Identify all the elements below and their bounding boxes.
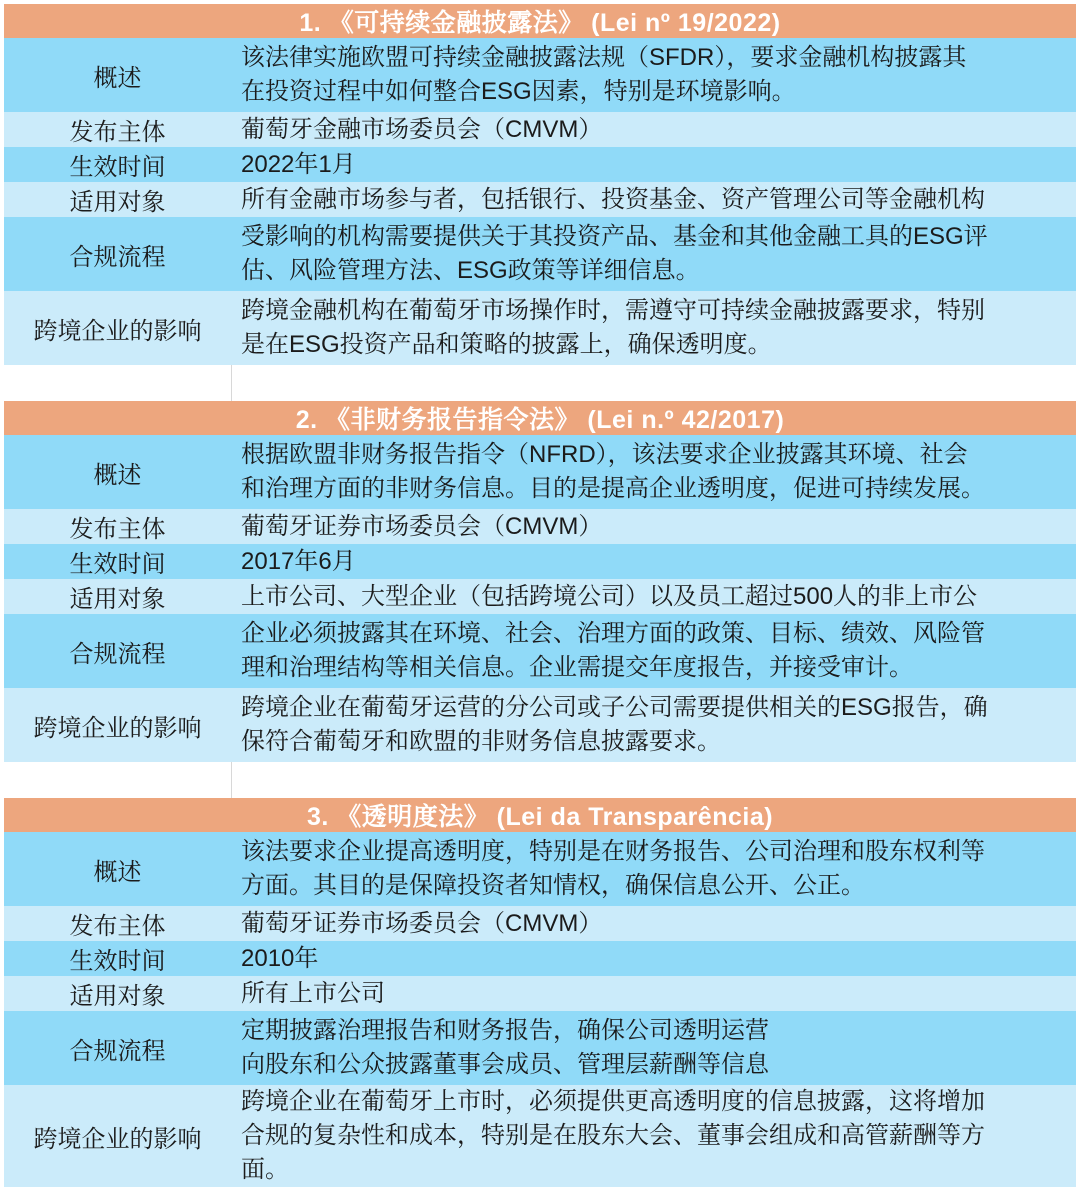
row-label: 发布主体 xyxy=(4,112,231,147)
row-value: 该法律实施欧盟可持续金融披露法规（SFDR），要求金融机构披露其 在投资过程中如… xyxy=(231,38,1076,112)
table-row: 跨境企业的影响 跨境企业在葡萄牙运营的分公司或子公司需要提供相关的ESG报告，确… xyxy=(4,688,1076,762)
row-label: 跨境企业的影响 xyxy=(4,1085,231,1187)
table-row: 适用对象 上市公司、大型企业（包括跨境公司）以及员工超过500人的非上市公 xyxy=(4,579,1076,614)
row-label: 生效时间 xyxy=(4,147,231,182)
table-row: 生效时间 2017年6月 xyxy=(4,544,1076,579)
row-label: 合规流程 xyxy=(4,1011,231,1085)
table-1-title: 1. 《可持续金融披露法》 (Lei nº 19/2022) xyxy=(4,4,1076,38)
row-value: 葡萄牙证券市场委员会（CMVM） xyxy=(231,509,1076,544)
row-value: 所有金融市场参与者，包括银行、投资基金、资产管理公司等金融机构 xyxy=(231,182,1076,217)
gap-left-cell xyxy=(4,762,231,798)
regulation-tables-document: 1. 《可持续金融披露法》 (Lei nº 19/2022) 概述 该法律实施欧… xyxy=(0,0,1080,1187)
row-label: 概述 xyxy=(4,832,231,906)
row-label: 概述 xyxy=(4,38,231,112)
law-table-3: 3. 《透明度法》 (Lei da Transparência) 概述 该法要求… xyxy=(4,798,1076,1187)
row-value: 2017年6月 xyxy=(231,544,1076,579)
row-value: 企业必须披露其在环境、社会、治理方面的政策、目标、绩效、风险管 理和治理结构等相… xyxy=(231,614,1076,688)
table-row: 合规流程 定期披露治理报告和财务报告，确保公司透明运营 向股东和公众披露董事会成… xyxy=(4,1011,1076,1085)
row-label: 合规流程 xyxy=(4,217,231,291)
table-row: 概述 根据欧盟非财务报告指令（NFRD），该法要求企业披露其环境、社会 和治理方… xyxy=(4,435,1076,509)
row-value: 2022年1月 xyxy=(231,147,1076,182)
gap-left-cell xyxy=(4,365,231,401)
table-gap xyxy=(4,762,1076,798)
row-value: 2010年 xyxy=(231,941,1076,976)
law-table-2: 2. 《非财务报告指令法》 (Lei n.º 42/2017) 概述 根据欧盟非… xyxy=(4,401,1076,762)
row-value: 跨境金融机构在葡萄牙市场操作时，需遵守可持续金融披露要求，特别 是在ESG投资产… xyxy=(231,291,1076,365)
table-row: 跨境企业的影响 跨境金融机构在葡萄牙市场操作时，需遵守可持续金融披露要求，特别 … xyxy=(4,291,1076,365)
row-value: 受影响的机构需要提供关于其投资产品、基金和其他金融工具的ESG评 估、风险管理方… xyxy=(231,217,1076,291)
row-value: 葡萄牙金融市场委员会（CMVM） xyxy=(231,112,1076,147)
table-row: 发布主体 葡萄牙金融市场委员会（CMVM） xyxy=(4,112,1076,147)
row-value: 跨境企业在葡萄牙运营的分公司或子公司需要提供相关的ESG报告，确 保符合葡萄牙和… xyxy=(231,688,1076,762)
row-value: 跨境企业在葡萄牙上市时，必须提供更高透明度的信息披露，这将增加 合规的复杂性和成… xyxy=(231,1085,1076,1187)
row-label: 发布主体 xyxy=(4,509,231,544)
table-row: 生效时间 2022年1月 xyxy=(4,147,1076,182)
table-3-title: 3. 《透明度法》 (Lei da Transparência) xyxy=(4,798,1076,832)
row-value: 定期披露治理报告和财务报告，确保公司透明运营 向股东和公众披露董事会成员、管理层… xyxy=(231,1011,1076,1085)
row-value: 葡萄牙证券市场委员会（CMVM） xyxy=(231,906,1076,941)
row-label: 合规流程 xyxy=(4,614,231,688)
row-label: 发布主体 xyxy=(4,906,231,941)
row-label: 跨境企业的影响 xyxy=(4,688,231,762)
table-row: 跨境企业的影响 跨境企业在葡萄牙上市时，必须提供更高透明度的信息披露，这将增加 … xyxy=(4,1085,1076,1187)
table-row: 适用对象 所有金融市场参与者，包括银行、投资基金、资产管理公司等金融机构 xyxy=(4,182,1076,217)
table-row: 适用对象 所有上市公司 xyxy=(4,976,1076,1011)
row-label: 生效时间 xyxy=(4,941,231,976)
table-gap xyxy=(4,365,1076,401)
row-label: 生效时间 xyxy=(4,544,231,579)
table-row: 发布主体 葡萄牙证券市场委员会（CMVM） xyxy=(4,906,1076,941)
table-row: 合规流程 受影响的机构需要提供关于其投资产品、基金和其他金融工具的ESG评 估、… xyxy=(4,217,1076,291)
row-value: 该法要求企业提高透明度，特别是在财务报告、公司治理和股东权利等 方面。其目的是保… xyxy=(231,832,1076,906)
gap-right-cell xyxy=(231,365,1076,401)
row-value: 所有上市公司 xyxy=(231,976,1076,1011)
row-label: 适用对象 xyxy=(4,182,231,217)
table-row: 概述 该法律实施欧盟可持续金融披露法规（SFDR），要求金融机构披露其 在投资过… xyxy=(4,38,1076,112)
row-value: 上市公司、大型企业（包括跨境公司）以及员工超过500人的非上市公 xyxy=(231,579,1076,614)
law-table-1: 1. 《可持续金融披露法》 (Lei nº 19/2022) 概述 该法律实施欧… xyxy=(4,4,1076,365)
table-row: 概述 该法要求企业提高透明度，特别是在财务报告、公司治理和股东权利等 方面。其目… xyxy=(4,832,1076,906)
table-2-title: 2. 《非财务报告指令法》 (Lei n.º 42/2017) xyxy=(4,401,1076,435)
table-row: 发布主体 葡萄牙证券市场委员会（CMVM） xyxy=(4,509,1076,544)
row-label: 适用对象 xyxy=(4,976,231,1011)
row-label: 适用对象 xyxy=(4,579,231,614)
gap-right-cell xyxy=(231,762,1076,798)
row-value: 根据欧盟非财务报告指令（NFRD），该法要求企业披露其环境、社会 和治理方面的非… xyxy=(231,435,1076,509)
row-label: 概述 xyxy=(4,435,231,509)
table-row: 合规流程 企业必须披露其在环境、社会、治理方面的政策、目标、绩效、风险管 理和治… xyxy=(4,614,1076,688)
row-label: 跨境企业的影响 xyxy=(4,291,231,365)
table-row: 生效时间 2010年 xyxy=(4,941,1076,976)
